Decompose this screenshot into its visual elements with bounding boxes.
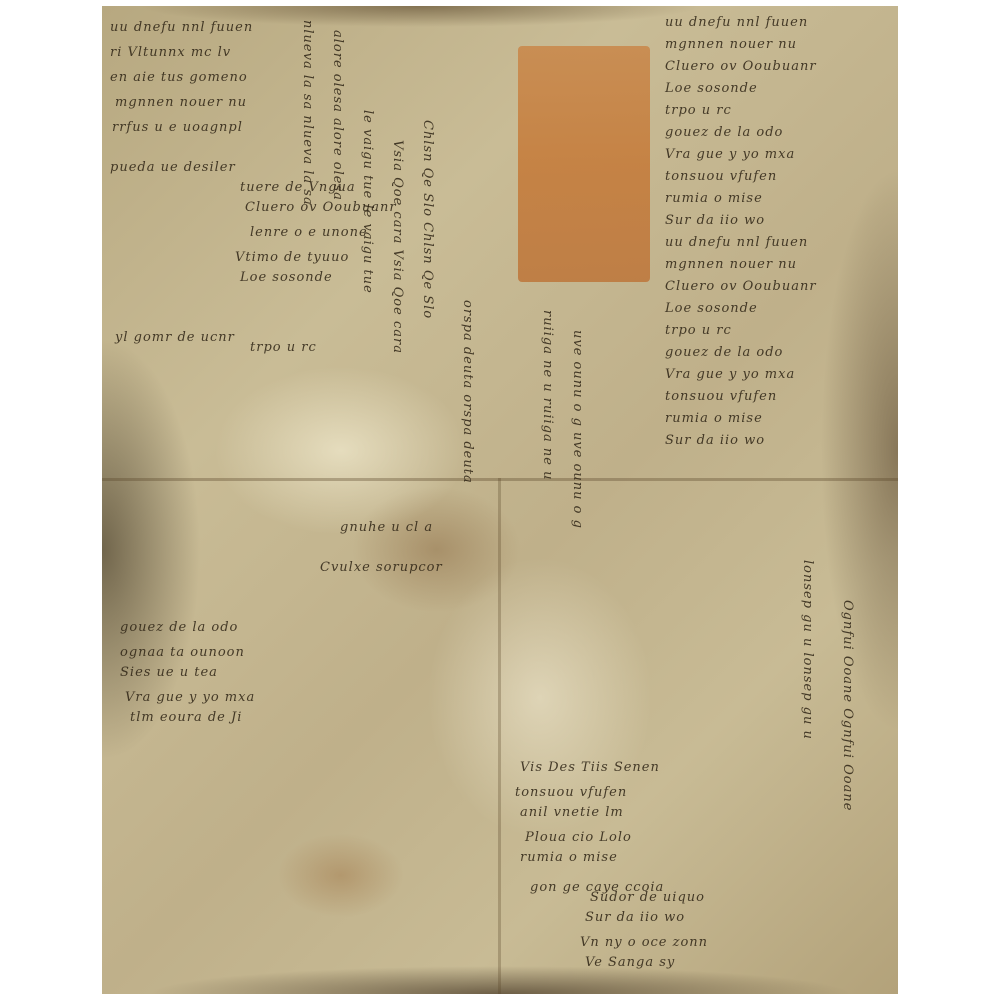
handwriting-line: Loe sosonde xyxy=(665,301,758,316)
handwriting-line: rumia o mise xyxy=(665,191,763,206)
handwriting-column: orspa deuta orspa deuta xyxy=(460,300,475,484)
handwriting-column: uve ounu o g uve ounu o g xyxy=(570,330,585,529)
orange-patch xyxy=(518,46,650,282)
handwriting-line: Sur da iio wo xyxy=(665,213,765,228)
handwriting-line: tlm eoura de Ji xyxy=(130,710,242,725)
handwriting-line: mgnnen nouer nu xyxy=(115,95,247,110)
handwriting-line: gouez de la odo xyxy=(665,125,783,140)
handwriting-line: trpo u rc xyxy=(665,323,732,338)
handwriting-column: ruiiga ne u ruiiga ne u xyxy=(540,310,555,481)
handwriting-line: tonsuou vfufen xyxy=(515,785,627,800)
handwriting-line: Vra gue y yo mxa xyxy=(665,367,795,382)
handwriting-column: Vsia Qoe cara Vsia Qoe cara xyxy=(390,140,405,354)
handwriting-line: Sur da iio wo xyxy=(585,910,685,925)
handwriting-line: mgnnen nouer nu xyxy=(665,257,797,272)
handwriting-line: trpo u rc xyxy=(250,340,317,355)
handwriting-column: lonsep gu u lonsep gu u xyxy=(800,560,815,740)
handwriting-line: Sudor de uiquo xyxy=(590,890,705,905)
handwriting-line: uu dnefu nnl fuuen xyxy=(110,20,253,35)
fold-line-vertical xyxy=(498,478,501,994)
handwriting-line: gouez de la odo xyxy=(665,345,783,360)
handwriting-column: le vaigu tue le vaigu tue xyxy=(360,110,375,294)
handwriting-line: gouez de la odo xyxy=(120,620,238,635)
handwriting-line: en aie tus gomeno xyxy=(110,70,248,85)
handwriting-line: Vn ny o oce zonn xyxy=(580,935,708,950)
handwriting-line: rumia o mise xyxy=(665,411,763,426)
handwriting-line: Sies ue u tea xyxy=(120,665,218,680)
handwriting-line: Vtimo de tyuuo xyxy=(235,250,349,265)
handwriting-line: Loe sosonde xyxy=(240,270,333,285)
handwriting-line: Vis Des Tiis Senen xyxy=(520,760,660,775)
handwriting-line: ri Vltunnx mc lv xyxy=(110,45,231,60)
handwriting-line: uu dnefu nnl fuuen xyxy=(665,15,808,30)
handwriting-line: Ploua cio Lolo xyxy=(525,830,632,845)
handwriting-line: Vra gue y yo mxa xyxy=(125,690,255,705)
handwriting-line: Ve Sanga sy xyxy=(585,955,675,970)
handwriting-line: Cvulxe sorupcor xyxy=(320,560,443,575)
handwriting-column: alore olesa alore olesa xyxy=(330,30,345,201)
handwriting-line: tonsuou vfufen xyxy=(665,389,777,404)
handwriting-line: Loe sosonde xyxy=(665,81,758,96)
handwriting-line: mgnnen nouer nu xyxy=(665,37,797,52)
handwriting-line: Cluero ov Ooubuanr xyxy=(665,59,817,74)
handwriting-line: lenre o e unone xyxy=(250,225,368,240)
handwriting-line: rumia o mise xyxy=(520,850,618,865)
handwriting-column: Chlsn Qe Slo Chlsn Qe Slo xyxy=(420,120,435,319)
handwriting-line: ognaa ta ounoon xyxy=(120,645,245,660)
handwriting-line: Sur da iio wo xyxy=(665,433,765,448)
handwriting-line: uu dnefu nnl fuuen xyxy=(665,235,808,250)
handwriting-column: nlueva la sa nlueva la sa xyxy=(300,20,315,206)
handwriting-line: trpo u rc xyxy=(665,103,732,118)
handwriting-line: anil vnetie lm xyxy=(520,805,624,820)
handwriting-line: pueda ue desiler xyxy=(110,160,236,175)
handwriting-line: tonsuou vfufen xyxy=(665,169,777,184)
handwriting-line: Cluero ov Ooubuanr xyxy=(665,279,817,294)
handwriting-line: Vra gue y yo mxa xyxy=(665,147,795,162)
handwriting-line: rrfus u e uoagnpl xyxy=(112,120,243,135)
handwriting-line: gnuhe u cl a xyxy=(340,520,433,535)
handwriting-line: yl gomr de ucnr xyxy=(115,330,235,345)
handwriting-column: Ognfui Ooane Ognfui Ooane xyxy=(840,600,855,811)
